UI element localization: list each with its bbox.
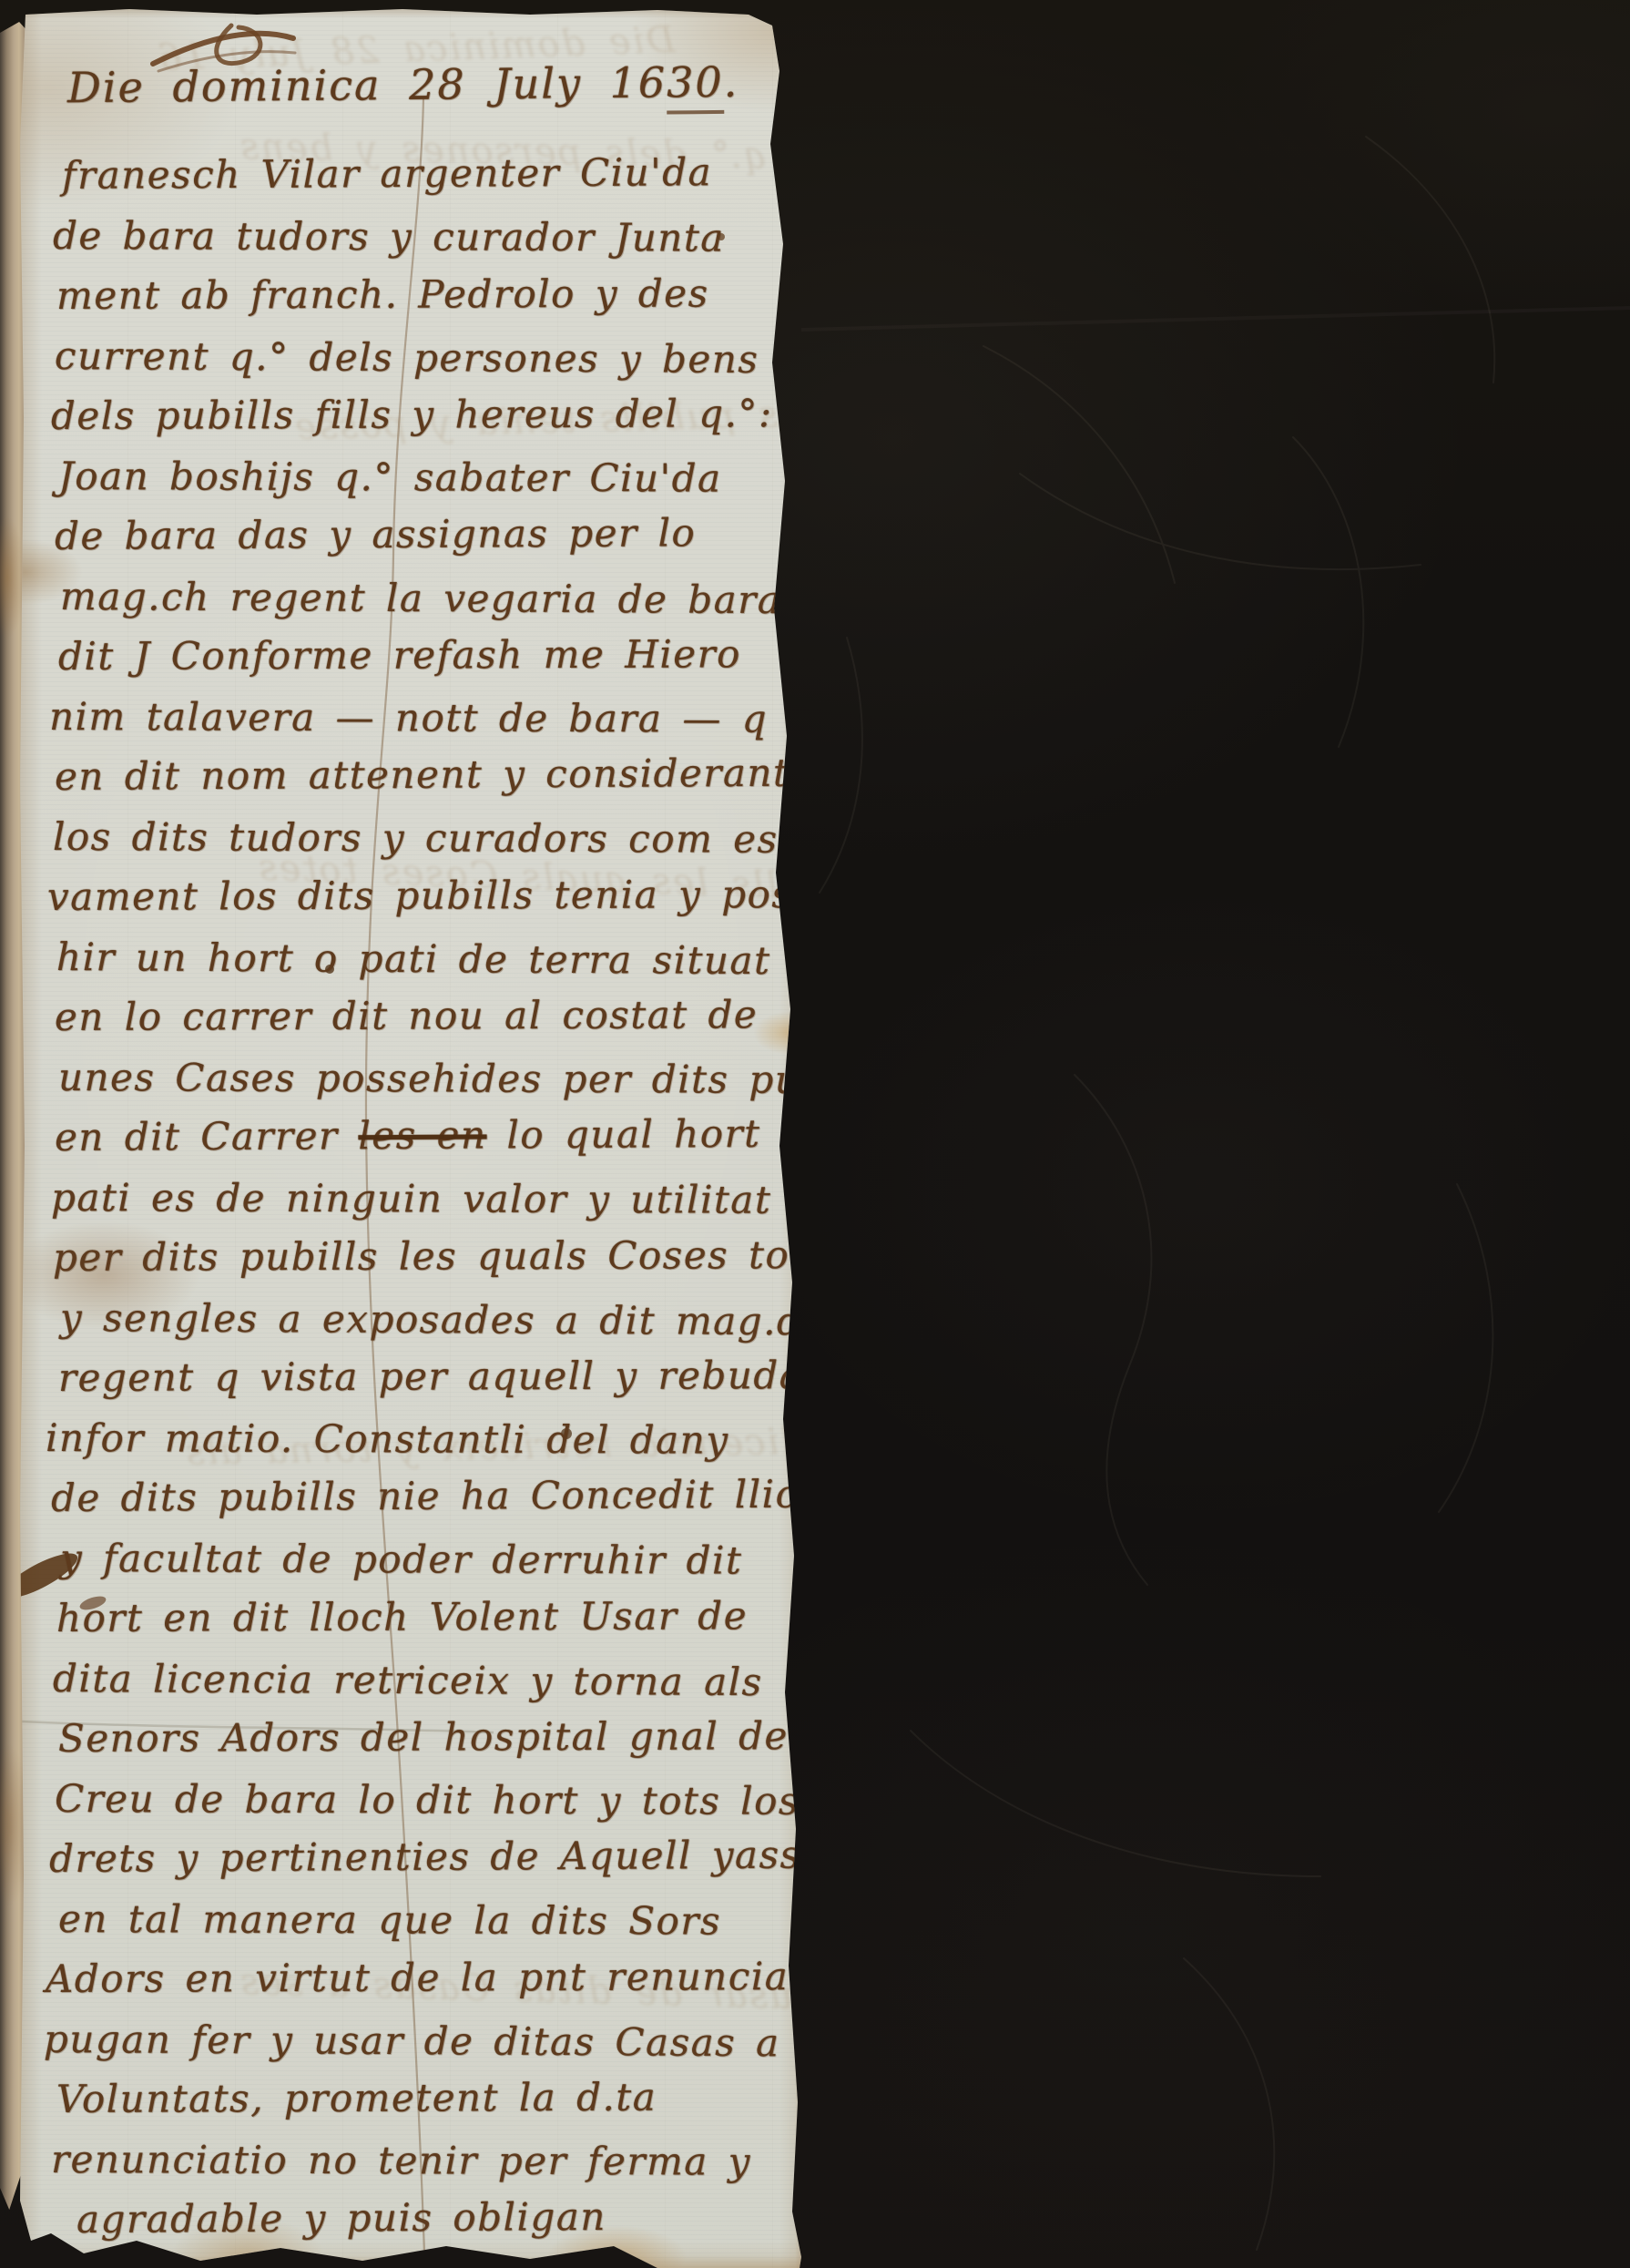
manuscript-line: pati es de ninguin valor y utilitat	[51, 1168, 792, 1231]
manuscript-line: en dit Carrer les en lo qual hort eo	[55, 1104, 792, 1168]
manuscript-line: hir un hort o pati de terra situat	[56, 927, 792, 991]
manuscript-line: dit J Conforme refash me Hiero	[58, 624, 792, 687]
manuscript-line: regent q vista per aquell y rebuda	[58, 1345, 792, 1408]
manuscript-text: franesch Vilar argenter Ciu'da de bara t…	[53, 146, 792, 2250]
cover-crease	[983, 346, 1175, 583]
manuscript-line: dita licencia retriceix y torna als	[53, 1649, 792, 1712]
manuscript-line: Creu de bara lo dit hort y tots los	[55, 1769, 792, 1832]
manuscript-line: hort en dit lloch Volent Usar de	[56, 1586, 792, 1649]
heading-underline: 30	[667, 57, 724, 115]
manuscript-line: Adors en virtut de la pnt renunciatio	[46, 1946, 792, 2009]
manuscript-line: y facultat de poder derruhir dit	[60, 1528, 792, 1591]
manuscript-line: drets y pertinenties de Aquell yass	[49, 1825, 792, 1889]
manuscript-line: unes Cases possehides per dits pubills	[58, 1047, 792, 1110]
manuscript-line: en tal manera que la dits Sors	[58, 1889, 792, 1952]
cover-fold-band	[801, 308, 1630, 330]
manuscript-line: nim talavera — nott de bara — q	[49, 687, 792, 750]
manuscript-line-segment: lo qual hort eo	[486, 1111, 829, 1158]
manuscript-line: de bara das y assignas per lo	[55, 503, 792, 567]
struck-text: les en	[358, 1113, 486, 1159]
manuscript-line: en lo carrer dit nou al costat de	[55, 985, 792, 1047]
manuscript-line-segment: en dit Carrer	[55, 1113, 359, 1160]
manuscript-page: Die dominica 28 July 16 current q.° dels…	[20, 7, 803, 2268]
cover-crease	[1075, 1075, 1151, 1585]
cover-crease	[1439, 1184, 1492, 1512]
manuscript-line: vament los dits pubills tenia y posse	[47, 864, 792, 927]
cover-crease	[1293, 437, 1363, 747]
manuscript-line: per dits pubills les quals Coses totes	[53, 1225, 792, 1288]
manuscript-line: Voluntats, prometent la d.ta	[56, 2067, 792, 2130]
manuscript-line: de dits pubills nie ha Concedit llicenci…	[51, 1465, 792, 1528]
date-heading-text: Die dominica 28 July 16	[67, 57, 667, 112]
manuscript-line: Senors Adors del hospital gnal de sta	[58, 1706, 792, 1769]
manuscript-line: renunciatio no tenir per ferma y	[51, 2130, 792, 2192]
cover-crease	[1184, 1958, 1274, 2250]
manuscript-line: los dits tudors y curadors com es de	[53, 807, 792, 870]
cover-crease	[911, 1731, 1320, 1876]
date-heading: Die dominica 28 July 1630.	[67, 57, 739, 114]
date-heading-period: .	[723, 57, 739, 107]
manuscript-line: dels pubills fills y hereus del q.°:	[51, 383, 792, 446]
manuscript-line: en dit nom attenent y considerant	[55, 743, 792, 807]
manuscript-photo: Die dominica 28 July 16 current q.° dels…	[0, 0, 1630, 2268]
manuscript-line: franesch Vilar argenter Ciu'da	[62, 142, 792, 206]
manuscript-line: agradable y puis obligan	[76, 2186, 792, 2250]
cover-crease	[820, 638, 862, 893]
manuscript-line: mag.ch regent la vegaria de bara	[60, 567, 792, 630]
manuscript-line: Joan boshijs q.° sabater Ciu'da	[58, 446, 792, 509]
manuscript-line: pugan fer y usar de ditas Casas a ses	[44, 2009, 792, 2073]
cover-crease	[1020, 474, 1421, 569]
manuscript-line: ment ab franch. Pedrolo y des	[56, 263, 792, 326]
manuscript-line: de bara tudors y curador Junta	[53, 206, 792, 269]
manuscript-line: y sengles a exposades a dit mag.de	[60, 1288, 792, 1352]
manuscript-line: infor matio. Constantli del dany	[46, 1408, 792, 1471]
cover-crease	[1366, 137, 1494, 383]
manuscript-line: current q.° dels persones y bens	[55, 326, 792, 390]
